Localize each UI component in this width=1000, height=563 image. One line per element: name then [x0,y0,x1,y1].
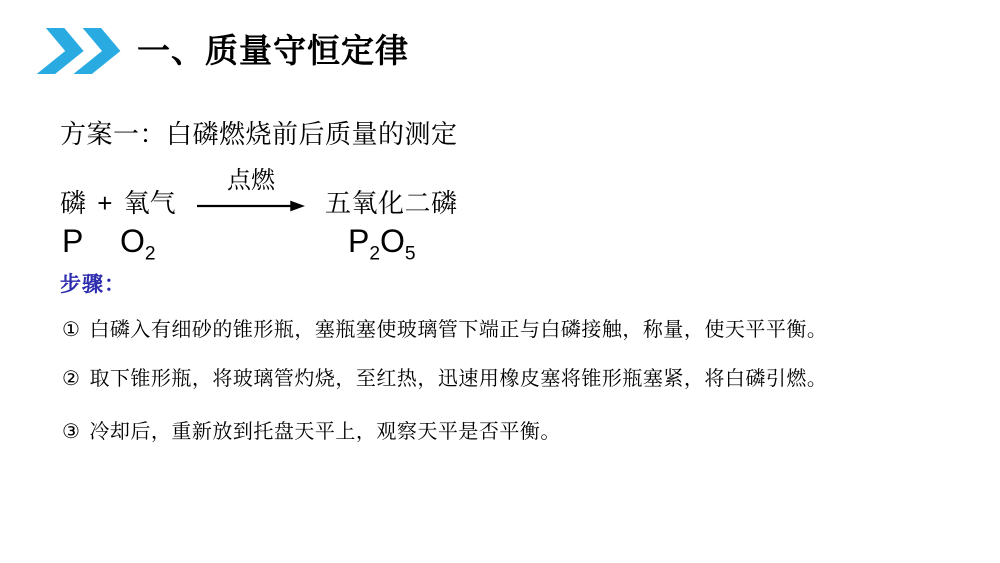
equation-condition: 点燃 [197,168,305,194]
equation-condition-group: 点燃 [197,168,305,213]
step-marker: ② [62,368,80,390]
reaction-arrow-icon [197,199,305,213]
formula-base: P [348,223,369,259]
step-item-1: ①白磷入有细砂的锥形瓶，塞瓶塞使玻璃管下端正与白磷接触，称量，使天平平衡。 [62,318,827,342]
formula-oxygen: O2 [120,224,156,259]
formula-phosphorus: P [62,224,83,259]
double-chevron-right-icon [35,28,123,74]
formula-base: P [62,223,83,259]
step-text: 取下锥形瓶，将玻璃管灼烧，至红热，迅速用橡皮塞将锥形瓶塞紧，将白磷引燃。 [89,368,827,390]
formula-base: O [380,223,405,259]
step-item-3: ③冷却后，重新放到托盘天平上，观察天平是否平衡。 [62,420,561,444]
formula-product-p2o5: P2O5 [348,224,416,259]
title-row: 一、质量守恒定律 [35,28,409,74]
step-text: 白磷入有细砂的锥形瓶，塞瓶塞使玻璃管下端正与白磷接触，称量，使天平平衡。 [89,319,827,341]
equation-product: 五氧化二磷 [325,189,458,218]
step-marker: ① [62,319,80,341]
step-text: 冷却后，重新放到托盘天平上，观察天平是否平衡。 [89,421,561,443]
scheme-heading: 方案一：白磷燃烧前后质量的测定 [60,120,458,150]
steps-label: 步骤： [60,268,126,298]
equation-reactants: 磷 + 氧气 [60,189,176,218]
step-item-2: ②取下锥形瓶，将玻璃管灼烧，至红热，迅速用橡皮塞将锥形瓶塞紧，将白磷引燃。 [62,367,827,391]
slide-title: 一、质量守恒定律 [137,33,409,69]
slide: 一、质量守恒定律 方案一：白磷燃烧前后质量的测定 磷 + 氧气 点燃 五氧化二磷… [0,0,1000,563]
formula-subscript: 5 [405,243,416,264]
formula-subscript: 2 [145,243,156,264]
step-marker: ③ [62,421,80,443]
formula-base: O [120,223,145,259]
formula-subscript: 2 [369,243,380,264]
